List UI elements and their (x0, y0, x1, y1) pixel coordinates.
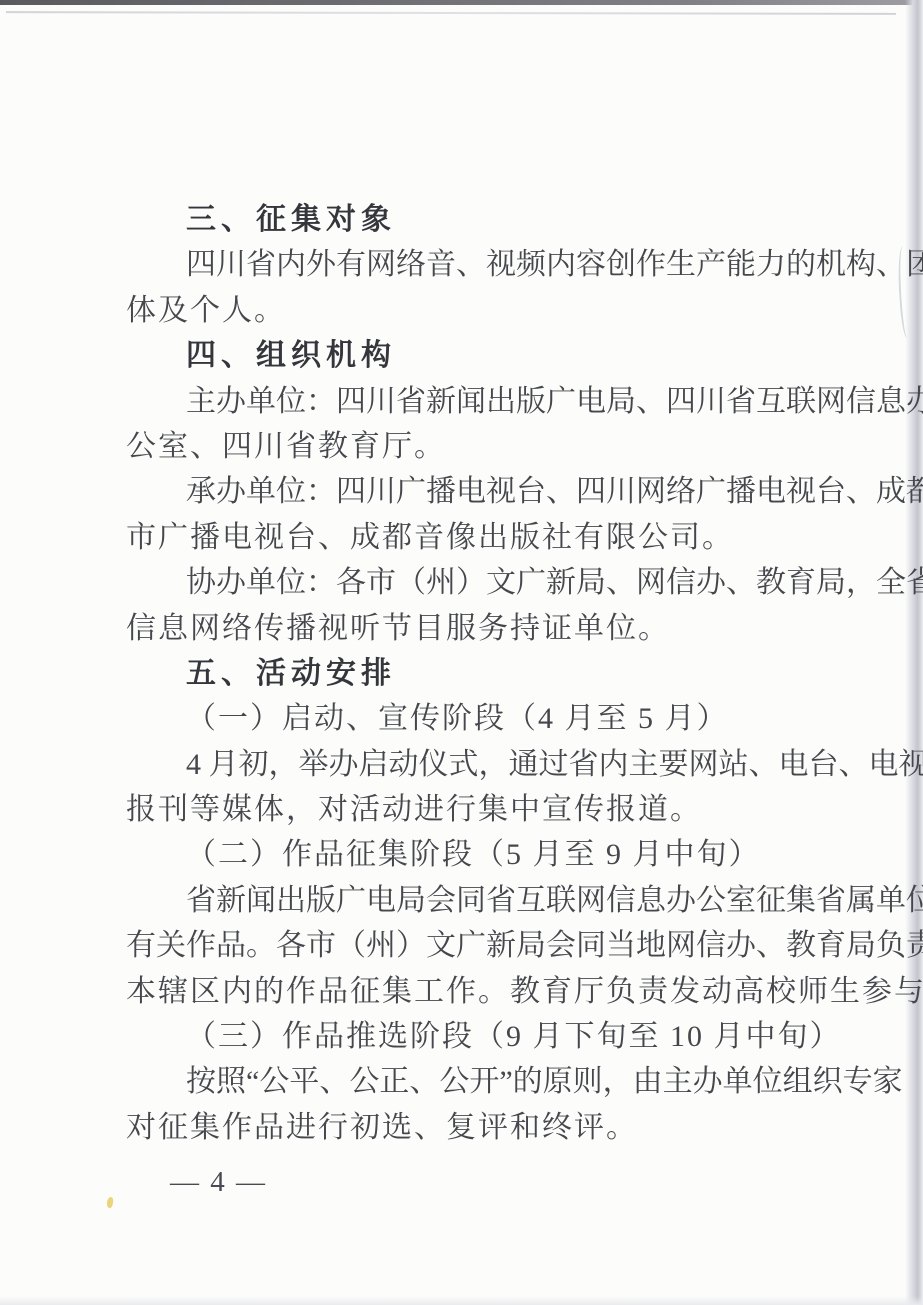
text-line: （二）作品征集阶段（5 月至 9 月中旬） (126, 832, 844, 877)
text-line: （三）作品推选阶段（9 月下旬至 10 月中旬） (126, 1014, 844, 1059)
paragraph: （二）作品征集阶段（5 月至 9 月中旬） (126, 832, 844, 877)
text-line: 三、征集对象 (126, 197, 844, 242)
text-line: 有关作品。各市（州）文广新局会同当地网信办、教育局负责 (126, 923, 844, 968)
section-heading: 三、征集对象 (126, 197, 844, 242)
text-line: 主办单位：四川省新闻出版广电局、四川省互联网信息办 (126, 379, 844, 424)
document-body: 三、征集对象四川省内外有网络音、视频内容创作生产能力的机构、团体及个人。四、组织… (126, 197, 844, 1150)
paragraph: 省新闻出版广电局会同省互联网信息办公室征集省属单位有关作品。各市（州）文广新局会… (126, 878, 844, 1014)
text-line: 协办单位：各市（州）文广新局、网信办、教育局，全省 (126, 560, 844, 605)
paragraph: （三）作品推选阶段（9 月下旬至 10 月中旬） (126, 1014, 844, 1059)
text-line: 省新闻出版广电局会同省互联网信息办公室征集省属单位 (126, 878, 844, 923)
text-line: 4 月初，举办启动仪式，通过省内主要网站、电台、电视台、 (126, 742, 844, 787)
paragraph: 主办单位：四川省新闻出版广电局、四川省互联网信息办公室、四川省教育厅。 (126, 379, 844, 470)
text-line: 四、组织机构 (126, 333, 844, 378)
text-line: 公室、四川省教育厅。 (126, 424, 844, 469)
scan-artifact-yellow-speck (106, 1196, 114, 1208)
paragraph: 4 月初，举办启动仪式，通过省内主要网站、电台、电视台、报刊等媒体，对活动进行集… (126, 742, 844, 833)
text-line: 本辖区内的作品征集工作。教育厅负责发动高校师生参与。 (126, 969, 844, 1014)
text-line: 信息网络传播视听节目服务持证单位。 (126, 606, 844, 651)
scan-artifact-bottom-edge (0, 1296, 923, 1305)
text-line: 报刊等媒体，对活动进行集中宣传报道。 (126, 787, 844, 832)
paragraph: 协办单位：各市（州）文广新局、网信办、教育局，全省信息网络传播视听节目服务持证单… (126, 560, 844, 651)
text-line: 市广播电视台、成都音像出版社有限公司。 (126, 515, 844, 560)
text-line: 五、活动安排 (126, 651, 844, 696)
paragraph: 按照“公平、公正、公开”的原则，由主办单位组织专家对征集作品进行初选、复评和终评… (126, 1059, 844, 1150)
scan-viewport: { "document": { "language": "zh-CN", "pa… (0, 0, 923, 1305)
scan-artifact-right-edge-shadow (905, 0, 923, 1305)
text-line: 对征集作品进行初选、复评和终评。 (126, 1105, 844, 1150)
text-line: 承办单位：四川广播电视台、四川网络广播电视台、成都 (126, 469, 844, 514)
section-heading: 五、活动安排 (126, 651, 844, 696)
text-line: 按照“公平、公正、公开”的原则，由主办单位组织专家 (126, 1059, 844, 1104)
text-line: 体及个人。 (126, 288, 844, 333)
paragraph: （一）启动、宣传阶段（4 月至 5 月） (126, 696, 844, 741)
page-number: — 4 — (170, 1160, 267, 1205)
scan-artifact-top-fold-line (6, 11, 896, 15)
paragraph: 四川省内外有网络音、视频内容创作生产能力的机构、团体及个人。 (126, 242, 844, 333)
paragraph: 承办单位：四川广播电视台、四川网络广播电视台、成都市广播电视台、成都音像出版社有… (126, 469, 844, 560)
scan-artifact-top-edge (0, 0, 923, 5)
text-line: （一）启动、宣传阶段（4 月至 5 月） (126, 696, 844, 741)
scanned-page: 三、征集对象四川省内外有网络音、视频内容创作生产能力的机构、团体及个人。四、组织… (0, 0, 923, 1305)
section-heading: 四、组织机构 (126, 333, 844, 378)
text-line: 四川省内外有网络音、视频内容创作生产能力的机构、团 (126, 242, 844, 287)
